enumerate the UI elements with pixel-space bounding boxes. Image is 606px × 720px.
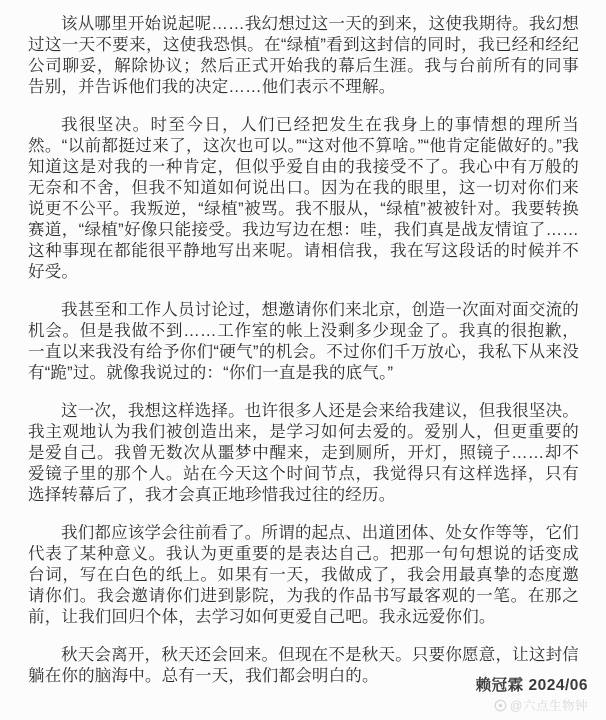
letter-page: 该从哪里开始说起呢……我幻想过这一天的到来，这使我期待。我幻想过这一天不要来，这… (0, 0, 606, 720)
watermark: @六点生物钟 (476, 696, 588, 714)
letter-paragraph-2: 我很坚决。时至今日，人们已经把发生在我身上的事情想的理所当然。“以前都挺过来了，… (28, 115, 579, 283)
letter-body: 该从哪里开始说起呢……我幻想过这一天的到来，这使我期待。我幻想过这一天不要来，这… (0, 0, 606, 687)
signature: 赖冠霖 2024/06 (476, 673, 588, 695)
letter-paragraph-4: 这一次，我想这样选择。也许很多人还是会来给我建议，但我很坚决。我主观地认为我们被… (28, 401, 579, 506)
letter-paragraph-1: 该从哪里开始说起呢……我幻想过这一天的到来，这使我期待。我幻想过这一天不要来，这… (28, 14, 579, 98)
weibo-eye-icon (494, 699, 507, 712)
watermark-text: @六点生物钟 (510, 696, 588, 714)
letter-paragraph-5: 我们都应该学会往前看了。所谓的起点、出道团体、处女作等等，它们代表了某种意义。我… (28, 523, 579, 628)
letter-footer: 赖冠霖 2024/06 @六点生物钟 (476, 673, 588, 714)
letter-paragraph-3: 我甚至和工作人员讨论过，想邀请你们来北京，创造一次面对面交流的机会。但是我做不到… (28, 300, 579, 384)
